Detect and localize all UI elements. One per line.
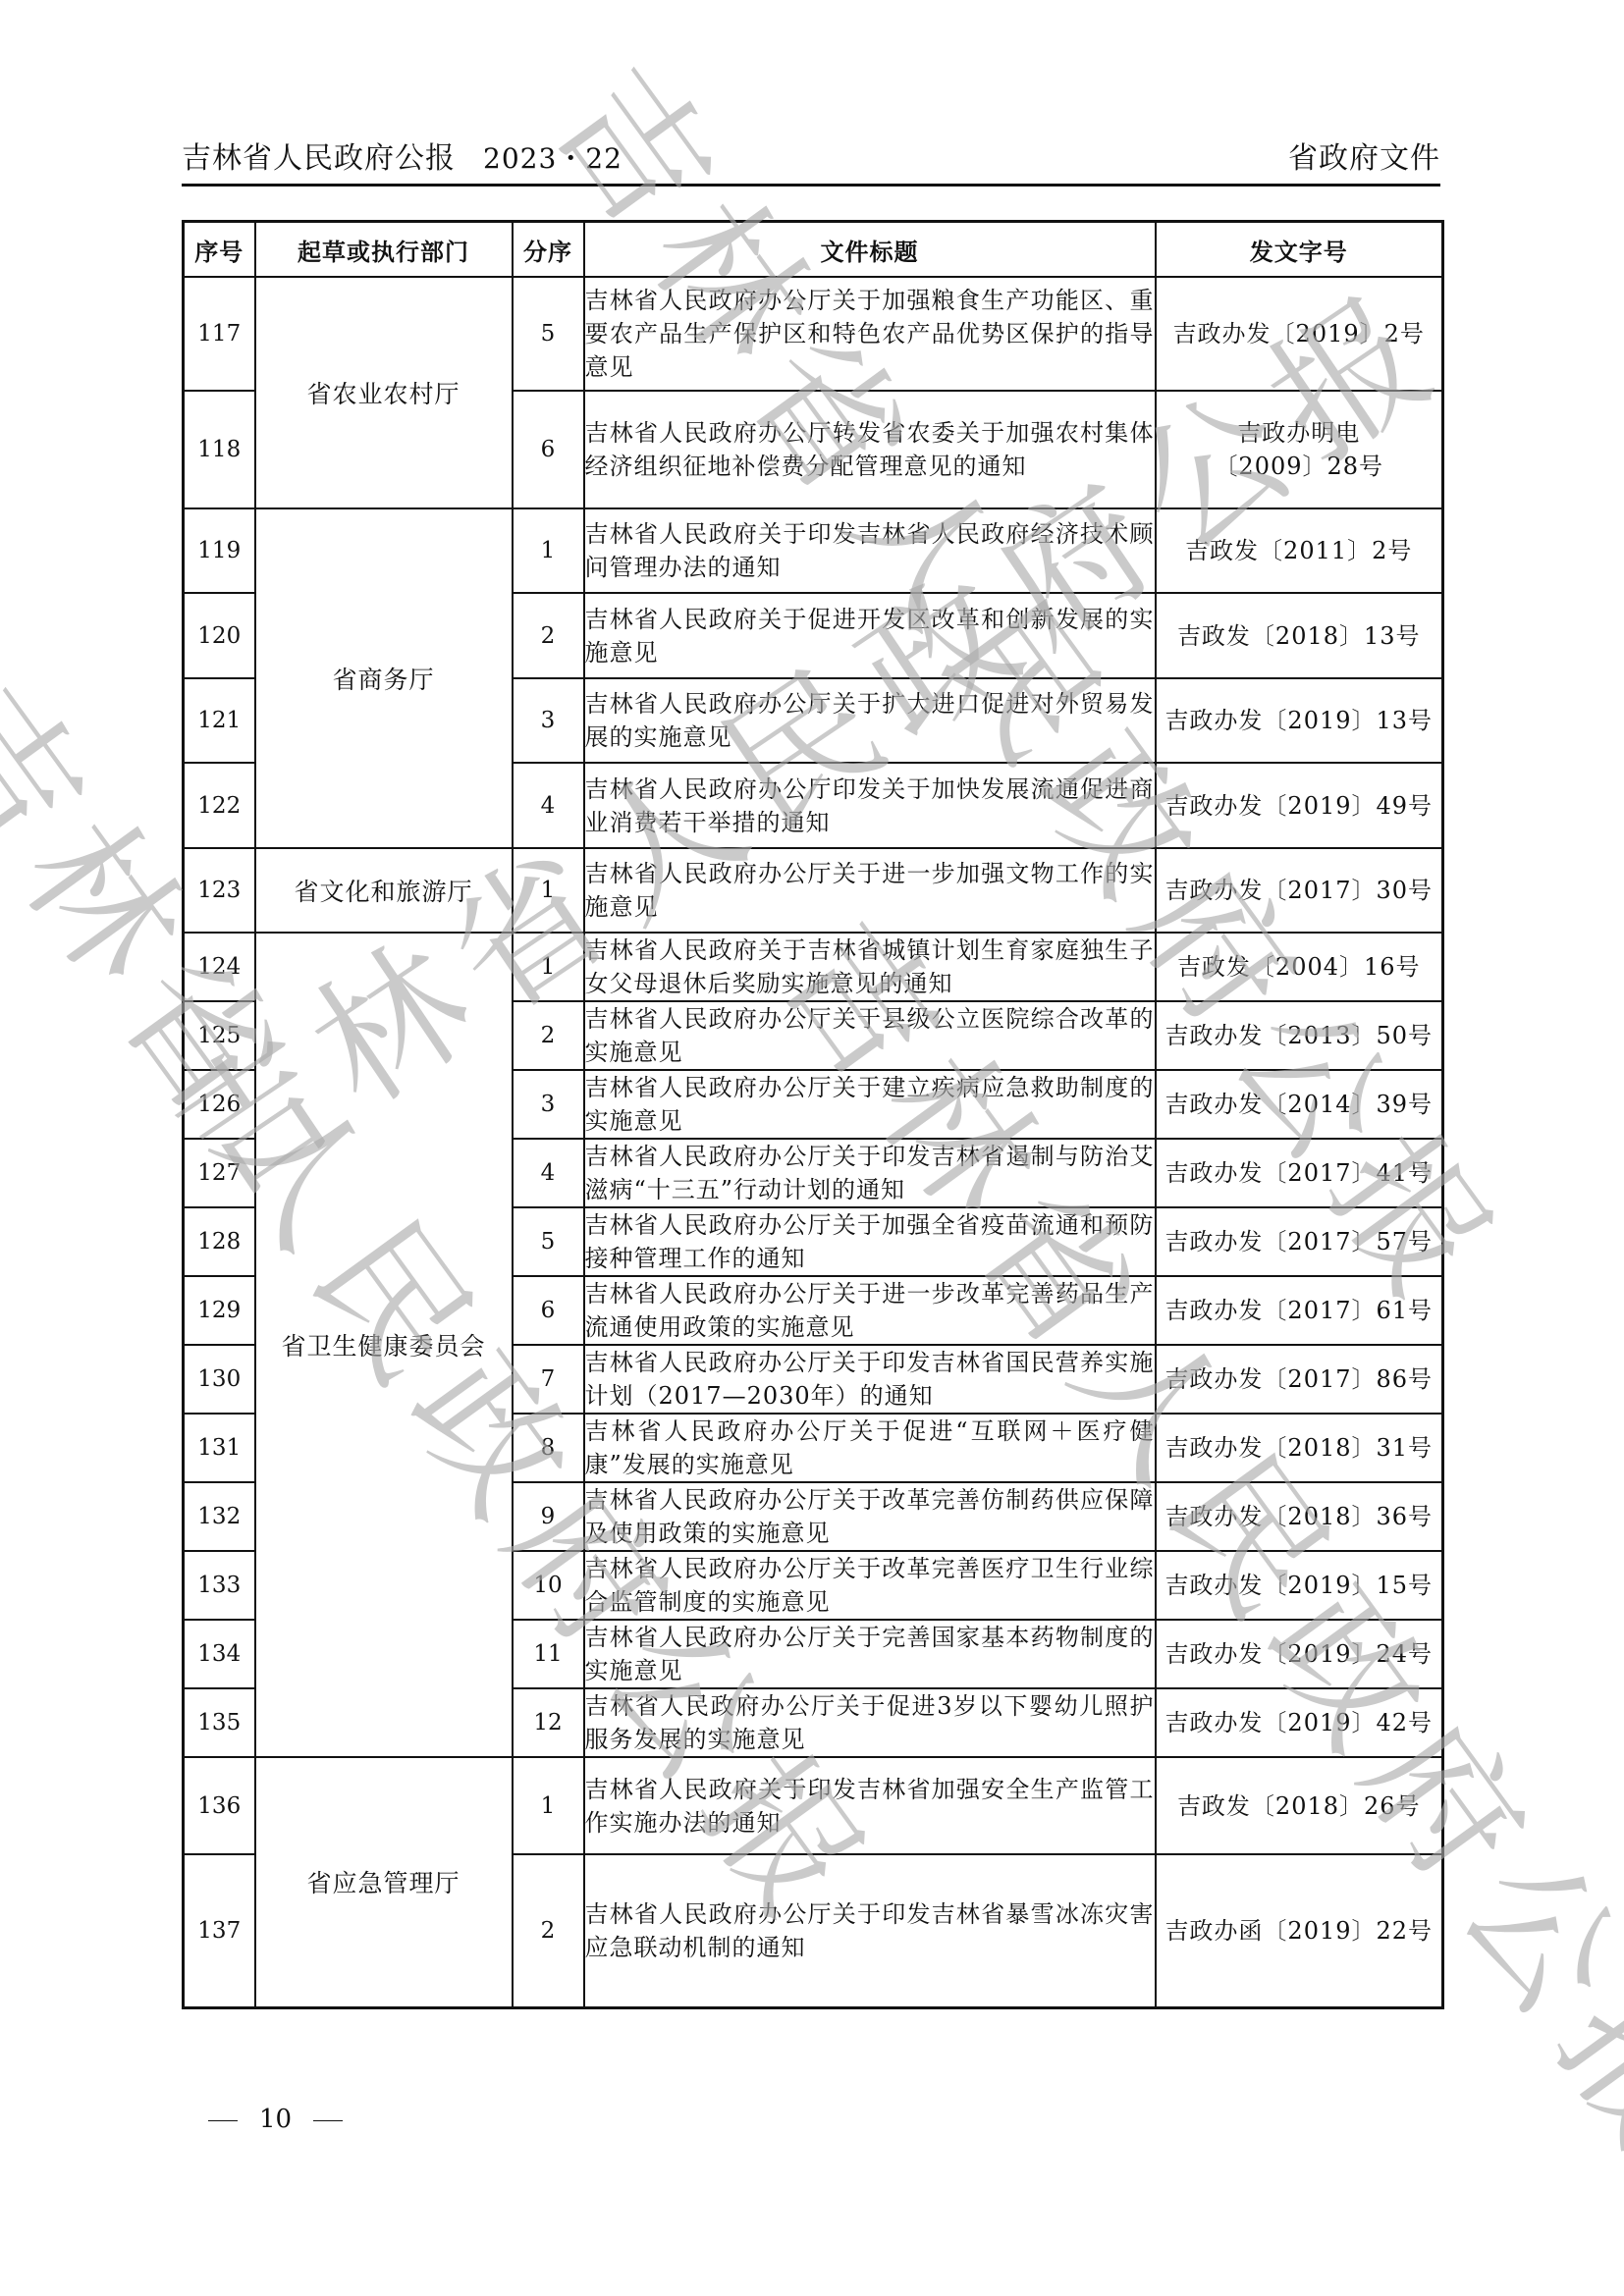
- document-title: 吉林省人民政府办公厅关于扩大进口促进对外贸易发展的实施意见: [584, 678, 1156, 763]
- sub-number: 6: [513, 391, 584, 508]
- sub-number: 1: [513, 933, 584, 1001]
- document-code: 吉政办发〔2018〕31号: [1156, 1414, 1443, 1482]
- document-title: 吉林省人民政府关于印发吉林省人民政府经济技术顾问管理办法的通知: [584, 508, 1156, 593]
- document-title: 吉林省人民政府办公厅关于进一步改革完善药品生产流通使用政策的实施意见: [584, 1276, 1156, 1345]
- dash-left: [208, 2120, 238, 2121]
- document-code: 吉政发〔2018〕26号: [1156, 1757, 1443, 1854]
- sub-number: 8: [513, 1414, 584, 1482]
- sub-number: 4: [513, 1139, 584, 1207]
- table-row: 119省商务厅1吉林省人民政府关于印发吉林省人民政府经济技术顾问管理办法的通知吉…: [184, 508, 1443, 593]
- document-title: 吉林省人民政府办公厅关于县级公立医院综合改革的实施意见: [584, 1001, 1156, 1070]
- row-number: 122: [184, 763, 255, 848]
- document-title: 吉林省人民政府关于印发吉林省加强安全生产监管工作实施办法的通知: [584, 1757, 1156, 1854]
- document-title: 吉林省人民政府办公厅关于建立疾病应急救助制度的实施意见: [584, 1070, 1156, 1139]
- dash-right: [313, 2120, 343, 2121]
- document-code: 吉政办发〔2017〕86号: [1156, 1345, 1443, 1414]
- document-code: 吉政发〔2018〕13号: [1156, 593, 1443, 678]
- sub-number: 3: [513, 1070, 584, 1139]
- sub-number: 2: [513, 1001, 584, 1070]
- department: 省文化和旅游厅: [255, 848, 513, 933]
- document-code: 吉政办发〔2019〕42号: [1156, 1688, 1443, 1757]
- department: 省农业农村厅: [255, 277, 513, 508]
- document-title: 吉林省人民政府关于吉林省城镇计划生育家庭独生子女父母退休后奖励实施意见的通知: [584, 933, 1156, 1001]
- document-title: 吉林省人民政府办公厅关于加强粮食生产功能区、重要农产品生产保护区和特色农产品优势…: [584, 277, 1156, 391]
- row-number: 130: [184, 1345, 255, 1414]
- document-title: 吉林省人民政府办公厅印发关于加快发展流通促进商业消费若干举措的通知: [584, 763, 1156, 848]
- document-code: 吉政办发〔2017〕57号: [1156, 1207, 1443, 1276]
- row-number: 125: [184, 1001, 255, 1070]
- table-row: 123省文化和旅游厅1吉林省人民政府办公厅关于进一步加强文物工作的实施意见吉政办…: [184, 848, 1443, 933]
- table-body: 117省农业农村厅5吉林省人民政府办公厅关于加强粮食生产功能区、重要农产品生产保…: [184, 277, 1443, 2007]
- column-header-sub: 分序: [513, 222, 584, 278]
- document-table: 序号 起草或执行部门 分序 文件标题 发文字号 117省农业农村厅5吉林省人民政…: [182, 220, 1444, 2009]
- sub-number: 2: [513, 1854, 584, 2007]
- publication-name: 吉林省人民政府公报: [182, 141, 456, 176]
- document-title: 吉林省人民政府办公厅关于印发吉林省遏制与防治艾滋病“十三五”行动计划的通知: [584, 1139, 1156, 1207]
- header-rule: [182, 184, 1440, 187]
- document-code: 吉政办发〔2017〕41号: [1156, 1139, 1443, 1207]
- column-header-no: 序号: [184, 222, 255, 278]
- document-code: 吉政办发〔2019〕49号: [1156, 763, 1443, 848]
- table-row: 136省应急管理厅1吉林省人民政府关于印发吉林省加强安全生产监管工作实施办法的通…: [184, 1757, 1443, 1854]
- row-number: 136: [184, 1757, 255, 1854]
- sub-number: 1: [513, 848, 584, 933]
- sub-number: 4: [513, 763, 584, 848]
- document-code: 吉政发〔2011〕2号: [1156, 508, 1443, 593]
- issue-number: 2023・22: [483, 142, 623, 175]
- document-title: 吉林省人民政府办公厅关于促进3岁以下婴幼儿照护服务发展的实施意见: [584, 1688, 1156, 1757]
- row-number: 137: [184, 1854, 255, 2007]
- document-title: 吉林省人民政府办公厅关于加强全省疫苗流通和预防接种管理工作的通知: [584, 1207, 1156, 1276]
- sub-number: 1: [513, 1757, 584, 1854]
- row-number: 118: [184, 391, 255, 508]
- row-number: 134: [184, 1620, 255, 1688]
- sub-number: 3: [513, 678, 584, 763]
- sub-number: 2: [513, 593, 584, 678]
- document-code: 吉政办发〔2019〕15号: [1156, 1551, 1443, 1620]
- row-number: 135: [184, 1688, 255, 1757]
- document-title: 吉林省人民政府办公厅关于促进“互联网＋医疗健康”发展的实施意见: [584, 1414, 1156, 1482]
- running-header: 吉林省人民政府公报2023・22 省政府文件: [182, 130, 1440, 179]
- row-number: 133: [184, 1551, 255, 1620]
- sub-number: 5: [513, 1207, 584, 1276]
- row-number: 124: [184, 933, 255, 1001]
- document-code: 吉政办发〔2018〕36号: [1156, 1482, 1443, 1551]
- row-number: 127: [184, 1139, 255, 1207]
- document-code: 吉政办发〔2014〕39号: [1156, 1070, 1443, 1139]
- row-number: 119: [184, 508, 255, 593]
- column-header-title: 文件标题: [584, 222, 1156, 278]
- row-number: 126: [184, 1070, 255, 1139]
- row-number: 117: [184, 277, 255, 391]
- document-title: 吉林省人民政府办公厅关于进一步加强文物工作的实施意见: [584, 848, 1156, 933]
- page-number: 10: [187, 2105, 364, 2134]
- document-code: 吉政办明电 〔2009〕28号: [1156, 391, 1443, 508]
- document-title: 吉林省人民政府关于促进开发区改革和创新发展的实施意见: [584, 593, 1156, 678]
- document-code: 吉政办发〔2019〕24号: [1156, 1620, 1443, 1688]
- department: 省商务厅: [255, 508, 513, 848]
- document-title: 吉林省人民政府办公厅关于完善国家基本药物制度的实施意见: [584, 1620, 1156, 1688]
- publication-title: 吉林省人民政府公报2023・22: [182, 133, 623, 177]
- table-row: 117省农业农村厅5吉林省人民政府办公厅关于加强粮食生产功能区、重要农产品生产保…: [184, 277, 1443, 391]
- sub-number: 12: [513, 1688, 584, 1757]
- section-title: 省政府文件: [1288, 133, 1440, 177]
- sub-number: 9: [513, 1482, 584, 1551]
- document-code: 吉政办发〔2019〕2号: [1156, 277, 1443, 391]
- page-number-value: 10: [259, 2105, 292, 2134]
- row-number: 120: [184, 593, 255, 678]
- row-number: 128: [184, 1207, 255, 1276]
- document-code: 吉政发〔2004〕16号: [1156, 933, 1443, 1001]
- column-header-code: 发文字号: [1156, 222, 1443, 278]
- row-number: 123: [184, 848, 255, 933]
- row-number: 131: [184, 1414, 255, 1482]
- document-title: 吉林省人民政府办公厅关于改革完善医疗卫生行业综合监管制度的实施意见: [584, 1551, 1156, 1620]
- sub-number: 7: [513, 1345, 584, 1414]
- table-header-row: 序号 起草或执行部门 分序 文件标题 发文字号: [184, 222, 1443, 278]
- sub-number: 10: [513, 1551, 584, 1620]
- document-title: 吉林省人民政府办公厅关于印发吉林省暴雪冰冻灾害应急联动机制的通知: [584, 1854, 1156, 2007]
- row-number: 129: [184, 1276, 255, 1345]
- document-title: 吉林省人民政府办公厅转发省农委关于加强农村集体经济组织征地补偿费分配管理意见的通…: [584, 391, 1156, 508]
- department: 省卫生健康委员会: [255, 933, 513, 1757]
- document-title: 吉林省人民政府办公厅关于印发吉林省国民营养实施计划（2017—2030年）的通知: [584, 1345, 1156, 1414]
- document-code: 吉政办发〔2017〕30号: [1156, 848, 1443, 933]
- document-title: 吉林省人民政府办公厅关于改革完善仿制药供应保障及使用政策的实施意见: [584, 1482, 1156, 1551]
- row-number: 132: [184, 1482, 255, 1551]
- document-code: 吉政办发〔2019〕13号: [1156, 678, 1443, 763]
- document-code: 吉政办发〔2017〕61号: [1156, 1276, 1443, 1345]
- column-header-dept: 起草或执行部门: [255, 222, 513, 278]
- department: 省应急管理厅: [255, 1757, 513, 2007]
- sub-number: 1: [513, 508, 584, 593]
- sub-number: 6: [513, 1276, 584, 1345]
- sub-number: 5: [513, 277, 584, 391]
- document-code: 吉政办函〔2019〕22号: [1156, 1854, 1443, 2007]
- document-code: 吉政办发〔2013〕50号: [1156, 1001, 1443, 1070]
- table-row: 124省卫生健康委员会1吉林省人民政府关于吉林省城镇计划生育家庭独生子女父母退休…: [184, 933, 1443, 1001]
- sub-number: 11: [513, 1620, 584, 1688]
- row-number: 121: [184, 678, 255, 763]
